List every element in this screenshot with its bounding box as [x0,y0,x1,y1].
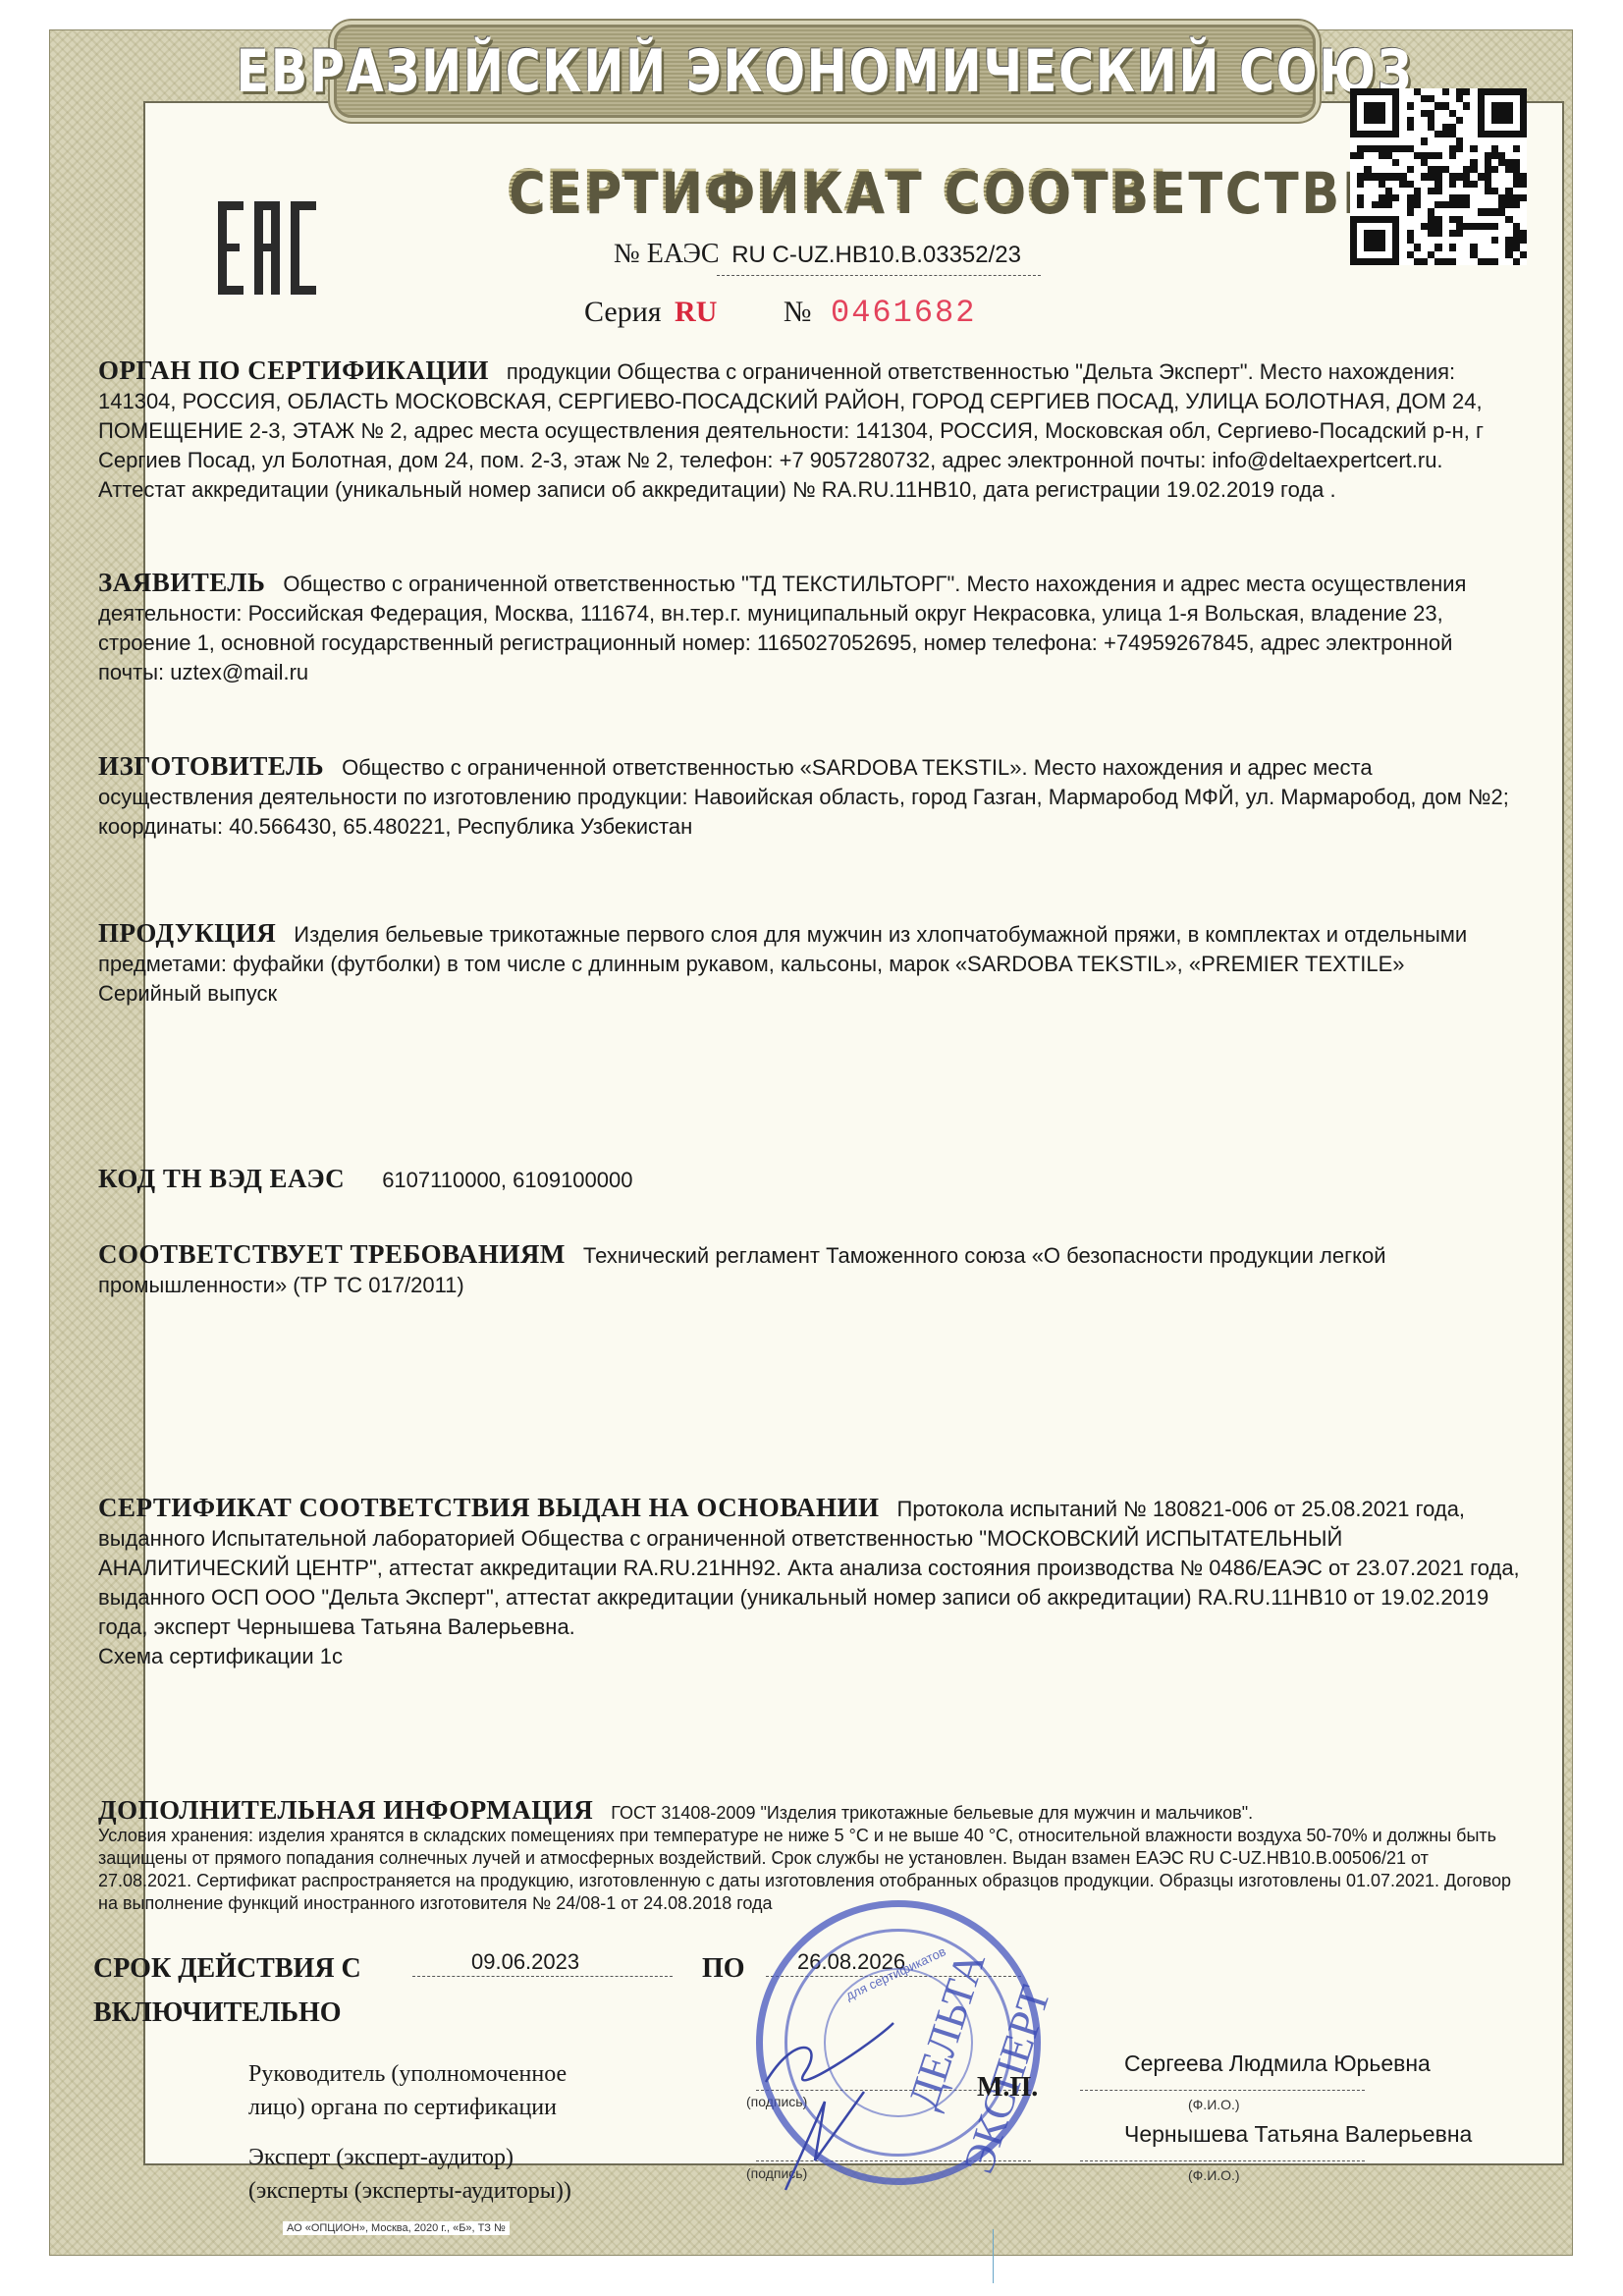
validity-from-label: СРОК ДЕЙСТВИЯ С [93,1952,361,1986]
expert-label-line-1: Эксперт (эксперт-аудитор) [248,2141,571,2174]
from-date-underline [412,1976,673,1977]
serial-value: 0461682 [831,295,976,331]
number-label: № ЕАЭС [614,239,720,269]
section-certification-body: ОРГАН ПО СЕРТИФИКАЦИИпродукции Общества … [98,355,1522,505]
series-label: Серия [584,296,662,328]
section-product: ПРОДУКЦИЯИзделия бельевые трикотажные пе… [98,918,1522,1009]
section-text: Изделия бельевые трикотажные первого сло… [98,922,1467,976]
eac-logo-icon [218,201,316,295]
section-additional: ДОПОЛНИТЕЛЬНАЯ ИНФОРМАЦИЯГОСТ 31408-2009… [98,1799,1522,1915]
section-heading: СЕРТИФИКАТ СООТВЕТСТВИЯ ВЫДАН НА ОСНОВАН… [98,1493,880,1522]
section-heading: СООТВЕТСТВУЕТ ТРЕБОВАНИЯМ [98,1239,566,1269]
product-note: Серийный выпуск [98,979,1522,1009]
expert-name-caption: (Ф.И.О.) [1188,2167,1240,2183]
certificate-number: № ЕАЭС RU C-UZ.HB10.B.03352/23 [614,239,1021,270]
section-text: Условия хранения: изделия хранятся в скл… [98,1825,1522,1915]
union-banner: ЕВРАЗИЙСКИЙ ЭКОНОМИЧЕСКИЙ СОЮЗ [334,25,1316,118]
union-banner-text: ЕВРАЗИЙСКИЙ ЭКОНОМИЧЕСКИЙ СОЮЗ [237,37,1414,106]
additional-first-line: ГОСТ 31408-2009 "Изделия трикотажные бел… [611,1803,1253,1823]
serial-label: № [784,296,812,328]
section-heading: ИЗГОТОВИТЕЛЬ [98,751,324,781]
scheme-note: Схема сертификации 1с [98,1642,1522,1671]
stamp-ring-text: для сертификатов [843,1943,948,2002]
printer-imprint: АО «ОПЦИОН», Москва, 2020 г., «Б», ТЗ № [283,2221,510,2235]
section-text: 6107110000, 6109100000 [382,1168,632,1192]
head-name-caption: (Ф.И.О.) [1188,2097,1240,2112]
validity-to-label: ПО [702,1952,745,1986]
section-conforms: СООТВЕТСТВУЕТ ТРЕБОВАНИЯМТехнический рег… [98,1239,1522,1300]
head-label-line-1: Руководитель (уполномоченное [248,2057,567,2091]
number-underline [717,275,1041,276]
section-text: Общество с ограниченной ответственностью… [98,572,1466,684]
expert-label-line-2: (эксперты (эксперты-аудиторы)) [248,2174,571,2208]
signature-scribble-icon [756,2003,913,2200]
certificate-title: СЕРТИФИКАТ СООТВЕТСТВИЯ [507,157,1163,224]
qr-code-icon [1350,88,1527,265]
expert-label: Эксперт (эксперт-аудитор) (эксперты (экс… [248,2141,571,2208]
section-heading: ЗАЯВИТЕЛЬ [98,568,265,597]
section-applicant: ЗАЯВИТЕЛЬОбщество с ограниченной ответст… [98,568,1522,687]
head-label: Руководитель (уполномоченное лицо) орган… [248,2057,567,2124]
section-hs-code: КОД ТН ВЭД ЕАЭС6107110000, 6109100000 [98,1164,1522,1195]
series-line: Серия RU № 0461682 [584,295,976,331]
section-basis: СЕРТИФИКАТ СООТВЕТСТВИЯ ВЫДАН НА ОСНОВАН… [98,1493,1522,1671]
scan-guide-line [993,2229,994,2283]
validity-inclusive-label: ВКЛЮЧИТЕЛЬНО [93,1996,342,2030]
seal-label: М.П. [977,2072,1038,2104]
head-label-line-2: лицо) органа по сертификации [248,2091,567,2124]
head-name-line [1080,2090,1365,2091]
number-value: RU C-UZ.HB10.B.03352/23 [731,242,1021,268]
section-manufacturer: ИЗГОТОВИТЕЛЬОбщество с ограниченной отве… [98,751,1522,842]
head-name: Сергеева Людмила Юрьевна [1124,2050,1431,2077]
validity-from-date: 09.06.2023 [471,1949,579,1975]
section-heading: ОРГАН ПО СЕРТИФИКАЦИИ [98,355,489,385]
expert-name-line [1080,2160,1365,2161]
section-heading: ПРОДУКЦИЯ [98,918,276,948]
series-value: RU [675,296,717,328]
section-heading: КОД ТН ВЭД ЕАЭС [98,1164,345,1193]
expert-name: Чернышева Татьяна Валерьевна [1124,2121,1472,2148]
section-heading: ДОПОЛНИТЕЛЬНАЯ ИНФОРМАЦИЯ [98,1795,593,1825]
